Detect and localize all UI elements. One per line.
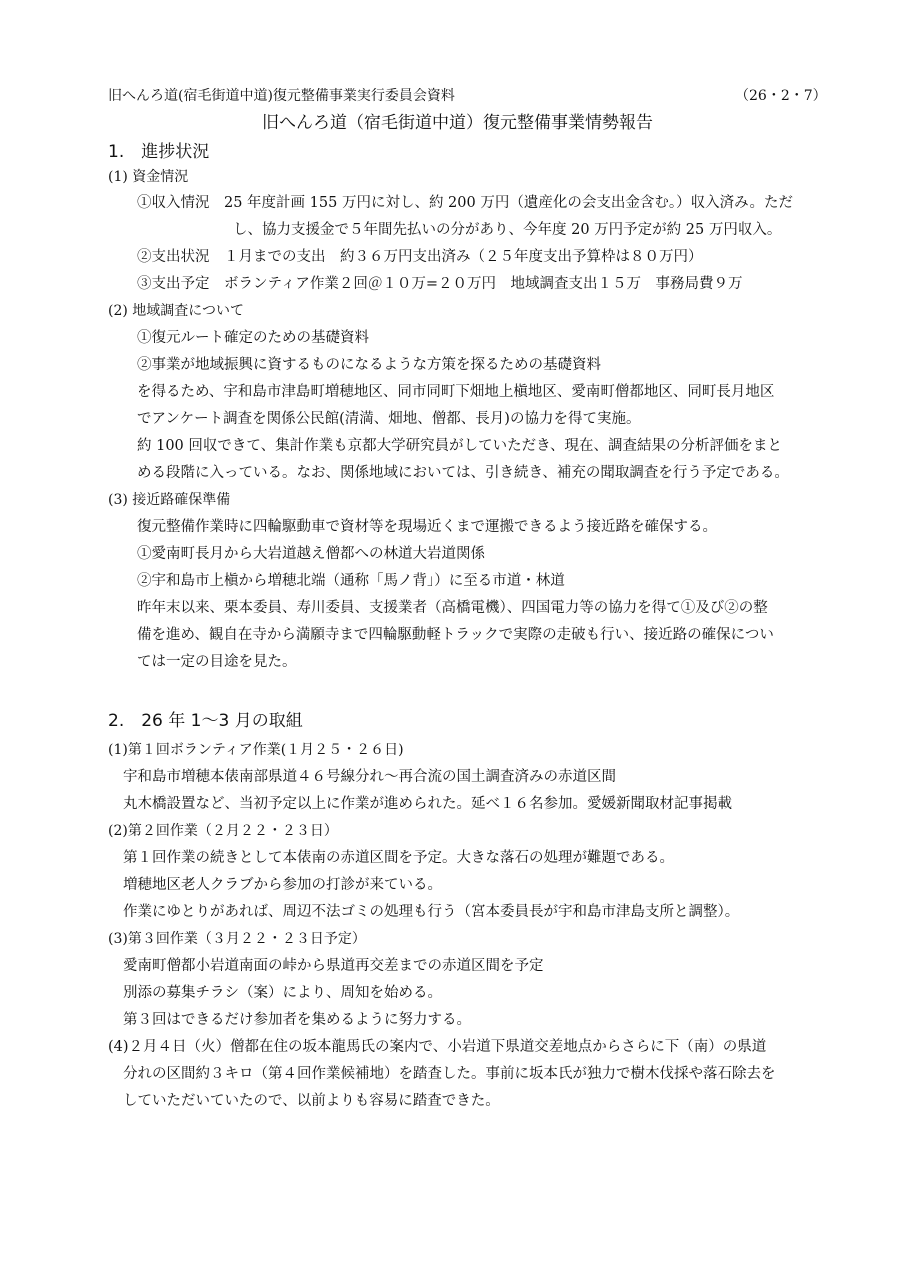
subsection-1-1-heading: (1) 資金情況: [108, 167, 188, 187]
text-line: める段階に入っている。なお、関係地域においては、引き続き、補充の聞取調査を行う予…: [137, 463, 789, 483]
text-line: ③支出予定 ボランティア作業２回＠１０万=２０万円 地域調査支出１５万 事務局費…: [137, 274, 743, 294]
subsection-1-3-heading: (3) 接近路確保準備: [108, 490, 230, 510]
text-line: を得るため、宇和島市津島町増穂地区、同市同町下畑地上槇地区、愛南町僧都地区、同町…: [137, 382, 774, 402]
text-line: ①愛南町長月から大岩道越え僧都への林道大岩道関係: [137, 544, 485, 564]
text-line: していただいていたので、以前よりも容易に踏査できた。: [123, 1091, 500, 1111]
text-line: 作業にゆとりがあれば、周辺不法ゴミの処理も行う（宮本委員長が宇和島市津島支所と調…: [123, 902, 739, 922]
text-line: 約 100 回収できて、集計作業も京都大学研究員がしていただき、現在、調査結果の…: [137, 436, 782, 456]
text-line: 昨年末以来、栗本委員、寿川委員、支援業者（高橋電機）、四国電力等の協力を得て①及…: [137, 598, 768, 618]
text-line: 分れの区間約３キロ（第４回作業候補地）を踏査した。事前に坂本氏が独力で樹木伐採や…: [123, 1064, 776, 1084]
text-line: ②支出状況 １月までの支出 約３６万円支出済み（２５年度支出予算枠は８０万円）: [137, 247, 703, 267]
text-line: 復元整備作業時に四輪駆動車で資材等を現場近くまで運搬できるよう接近路を確保する。: [137, 517, 717, 537]
text-line: ②事業が地域振興に資するものになるような方策を探るための基礎資料: [137, 355, 601, 375]
text-line: 宇和島市増穂本俵南部県道４６号線分れ～再合流の国土調査済みの赤道区間: [123, 767, 616, 787]
text-line: でアンケート調査を関係公民館(清満、畑地、僧都、長月)の協力を得て実施。: [137, 409, 640, 429]
text-line: し、協力支援金で５年間先払いの分があり、今年度 20 万円予定が約 25 万円収…: [233, 220, 781, 240]
section-2-heading: 2. 26 年 1～3 月の取組: [108, 711, 303, 731]
subsection-2-1-heading: (1)第１回ボランティア作業(１月２５・２６日): [108, 740, 404, 760]
subsection-2-2-heading: (2)第２回作業（２月２２・２３日）: [108, 821, 338, 841]
text-line: ①収入情況 25 年度計画 155 万円に対し、約 200 万円（遺産化の会支出…: [137, 193, 793, 213]
text-line: 第３回はできるだけ参加者を集めるように努力する。: [123, 1010, 471, 1030]
section-1-heading: 1. 進捗状況: [108, 142, 209, 162]
text-line: ては一定の目途を見た。: [137, 652, 297, 672]
text-line: 別添の募集チラシ（案）により、周知を始める。: [123, 983, 442, 1003]
text-line: ①復元ルート確定のための基礎資料: [137, 328, 369, 348]
text-line: ②宇和島市上槇から増穂北端（通称「馬ノ背」）に至る市道・林道: [137, 571, 565, 591]
text-line: 愛南町僧都小岩道南面の峠から県道再交差までの赤道区間を予定: [123, 956, 544, 976]
text-line: 増穂地区老人クラブから参加の打診が来ている。: [123, 875, 442, 895]
text-line: 第１回作業の続きとして本俵南の赤道区間を予定。大きな落石の処理が難題である。: [123, 848, 674, 868]
subsection-2-3-heading: (3)第３回作業（３月２２・２３日予定）: [108, 929, 366, 949]
header-date: （26・2・7）: [735, 86, 827, 106]
document-title: 旧へんろ道（宿毛街道中道）復元整備事業情勢報告: [262, 113, 653, 133]
header-left: 旧へんろ道(宿毛街道中道)復元整備事業実行委員会資料: [108, 86, 455, 106]
subsection-2-4-heading: (4)２月４日（火）僧都在住の坂本龍馬氏の案内で、小岩道下県道交差地点からさらに…: [108, 1037, 766, 1057]
subsection-1-2-heading: (2) 地域調査について: [108, 301, 244, 321]
text-line: 備を進め、観自在寺から満願寺まで四輪駆動軽トラックで実際の走破も行い、接近路の確…: [137, 625, 774, 645]
text-line: 丸木橋設置など、当初予定以上に作業が進められた。延べ１６名参加。愛媛新聞取材記事…: [123, 794, 732, 814]
